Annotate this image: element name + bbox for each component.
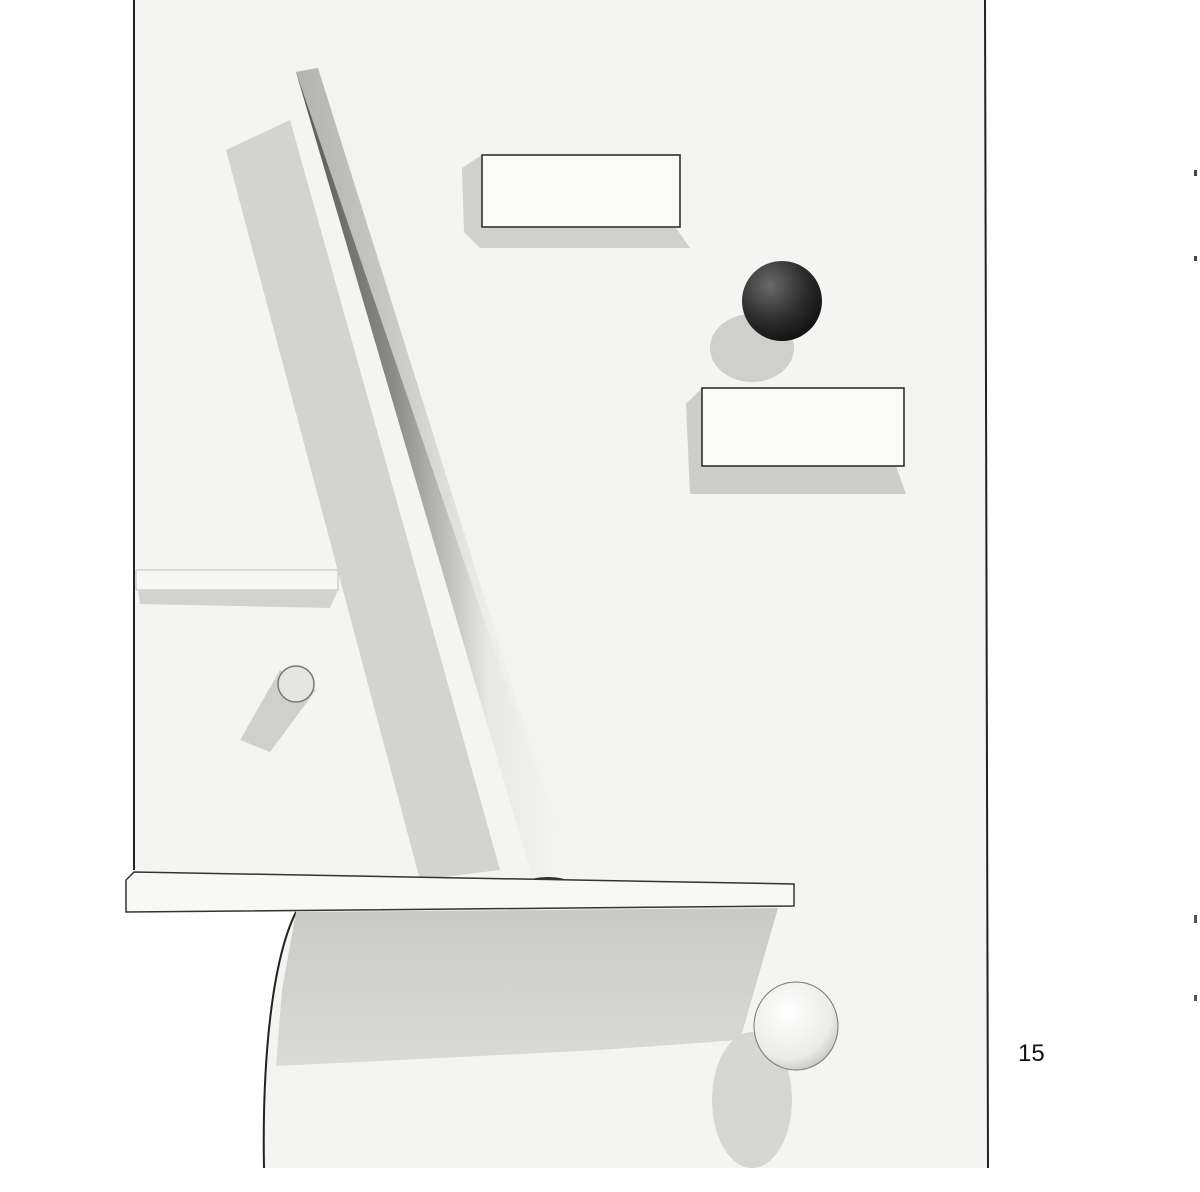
ledge-shadow bbox=[276, 908, 778, 1066]
left-shelf bbox=[136, 570, 338, 608]
top-block bbox=[462, 155, 690, 248]
sculpture-photograph bbox=[0, 0, 1200, 1192]
page-number: 15 bbox=[1018, 1040, 1045, 1068]
right-block bbox=[686, 388, 906, 494]
scan-edge-marks bbox=[1194, 170, 1197, 1001]
